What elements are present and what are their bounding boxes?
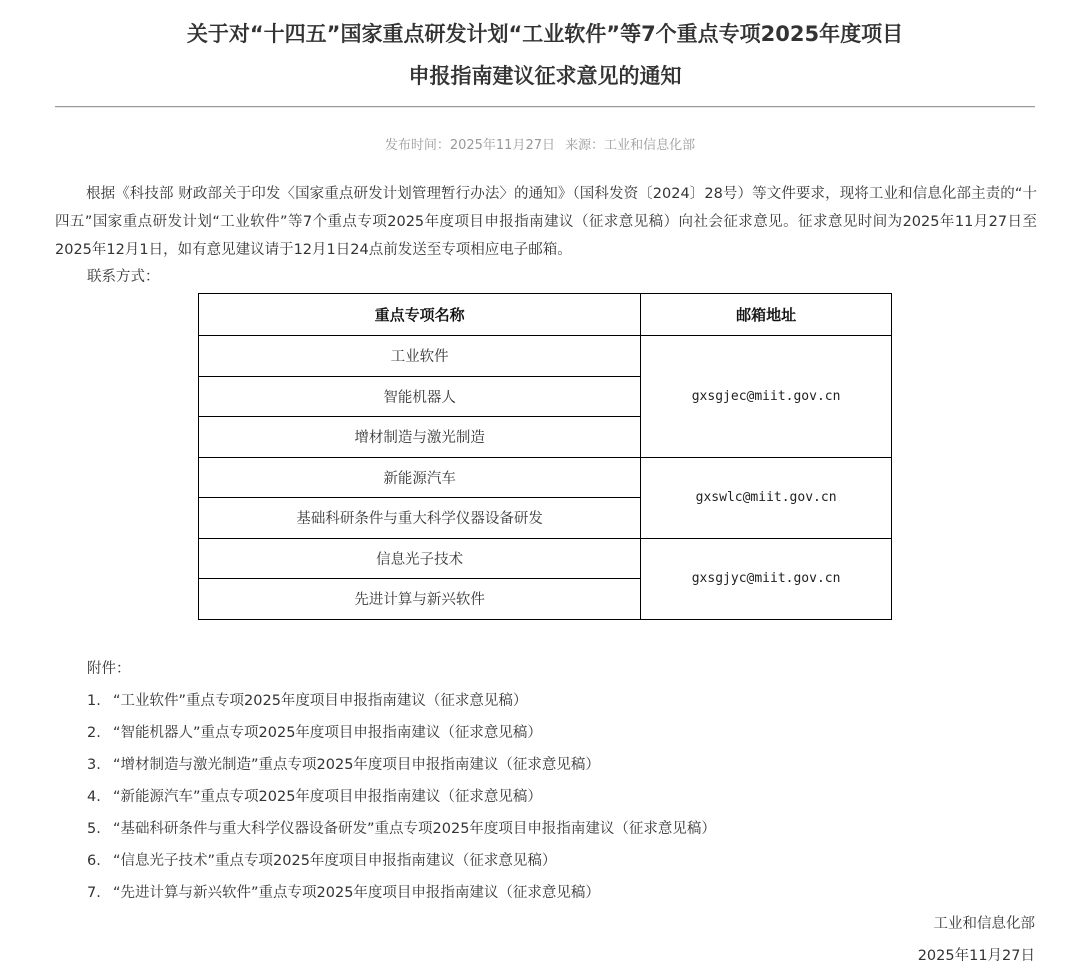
attachment-item[interactable]: 2.“智能机器人”重点专项2025年度项目申报指南建议（征求意见稿） bbox=[87, 719, 716, 751]
attachment-number: 7. bbox=[87, 879, 113, 907]
attachment-item[interactable]: 1.“工业软件”重点专项2025年度项目申报指南建议（征求意见稿） bbox=[87, 687, 716, 719]
header-project-name: 重点专项名称 bbox=[199, 294, 641, 336]
publish-time: 发布时间：2025年11月27日 bbox=[385, 138, 555, 153]
publish-time-label: 发布时间： bbox=[385, 138, 450, 153]
project-name-cell: 新能源汽车 bbox=[199, 457, 641, 498]
publish-time-value: 2025年11月27日 bbox=[450, 138, 555, 153]
attachment-item[interactable]: 5.“基础科研条件与重大科学仪器设备研发”重点专项2025年度项目申报指南建议（… bbox=[87, 815, 716, 847]
attachment-number: 2. bbox=[87, 719, 113, 747]
attachment-link[interactable]: “增材制造与激光制造”重点专项2025年度项目申报指南建议（征求意见稿） bbox=[113, 757, 600, 773]
header-email: 邮箱地址 bbox=[641, 294, 892, 336]
project-name-cell: 基础科研条件与重大科学仪器设备研发 bbox=[199, 498, 641, 539]
attachment-item[interactable]: 6.“信息光子技术”重点专项2025年度项目申报指南建议（征求意见稿） bbox=[87, 847, 716, 879]
intro-paragraph: 根据《科技部 财政部关于印发〈国家重点研发计划管理暂行办法〉的通知》（国科发资〔… bbox=[55, 180, 1037, 264]
attachment-number: 3. bbox=[87, 751, 113, 779]
signature-org: 工业和信息化部 bbox=[934, 912, 1036, 933]
page-title-line2: 申报指南建议征求意见的通知 bbox=[0, 60, 1068, 90]
attachments-label: 附件： bbox=[87, 655, 131, 683]
attachment-item[interactable]: 7.“先进计算与新兴软件”重点专项2025年度项目申报指南建议（征求意见稿） bbox=[87, 879, 716, 911]
source: 来源：工业和信息化部 bbox=[565, 138, 695, 153]
email-cell: gxswlc@miit.gov.cn bbox=[641, 457, 892, 538]
project-name-cell: 工业软件 bbox=[199, 336, 641, 377]
attachment-link[interactable]: “基础科研条件与重大科学仪器设备研发”重点专项2025年度项目申报指南建议（征求… bbox=[113, 821, 716, 837]
attachments-list: 1.“工业软件”重点专项2025年度项目申报指南建议（征求意见稿） 2.“智能机… bbox=[87, 687, 716, 911]
source-label: 来源： bbox=[565, 138, 604, 153]
contact-table: 重点专项名称 邮箱地址 工业软件 gxsgjec@miit.gov.cn 智能机… bbox=[198, 293, 892, 620]
project-name-cell: 增材制造与激光制造 bbox=[199, 417, 641, 458]
table-row: 信息光子技术 gxsgjyc@miit.gov.cn bbox=[199, 538, 892, 579]
attachment-item[interactable]: 4.“新能源汽车”重点专项2025年度项目申报指南建议（征求意见稿） bbox=[87, 783, 716, 815]
attachment-link[interactable]: “工业软件”重点专项2025年度项目申报指南建议（征求意见稿） bbox=[113, 693, 527, 709]
attachment-link[interactable]: “信息光子技术”重点专项2025年度项目申报指南建议（征求意见稿） bbox=[113, 853, 556, 869]
table-row: 新能源汽车 gxswlc@miit.gov.cn bbox=[199, 457, 892, 498]
attachment-link[interactable]: “先进计算与新兴软件”重点专项2025年度项目申报指南建议（征求意见稿） bbox=[113, 885, 600, 901]
attachment-number: 1. bbox=[87, 687, 113, 715]
email-cell: gxsgjyc@miit.gov.cn bbox=[641, 538, 892, 619]
project-name-cell: 智能机器人 bbox=[199, 376, 641, 417]
article-meta: 发布时间：2025年11月27日 来源：工业和信息化部 bbox=[0, 134, 1068, 153]
contact-label: 联系方式： bbox=[87, 263, 160, 291]
attachment-number: 4. bbox=[87, 783, 113, 811]
title-divider bbox=[55, 106, 1035, 108]
page-title-line1: 关于对“十四五”国家重点研发计划“工业软件”等7个重点专项2025年度项目 bbox=[0, 18, 1068, 48]
email-cell: gxsgjec@miit.gov.cn bbox=[641, 336, 892, 458]
table-header-row: 重点专项名称 邮箱地址 bbox=[199, 294, 892, 336]
table-row: 工业软件 gxsgjec@miit.gov.cn bbox=[199, 336, 892, 377]
attachment-number: 5. bbox=[87, 815, 113, 843]
attachment-item[interactable]: 3.“增材制造与激光制造”重点专项2025年度项目申报指南建议（征求意见稿） bbox=[87, 751, 716, 783]
source-value: 工业和信息化部 bbox=[604, 138, 695, 153]
attachment-link[interactable]: “新能源汽车”重点专项2025年度项目申报指南建议（征求意见稿） bbox=[113, 789, 542, 805]
project-name-cell: 先进计算与新兴软件 bbox=[199, 579, 641, 620]
signature-date: 2025年11月27日 bbox=[918, 944, 1035, 965]
attachment-number: 6. bbox=[87, 847, 113, 875]
attachment-link[interactable]: “智能机器人”重点专项2025年度项目申报指南建议（征求意见稿） bbox=[113, 725, 542, 741]
project-name-cell: 信息光子技术 bbox=[199, 538, 641, 579]
